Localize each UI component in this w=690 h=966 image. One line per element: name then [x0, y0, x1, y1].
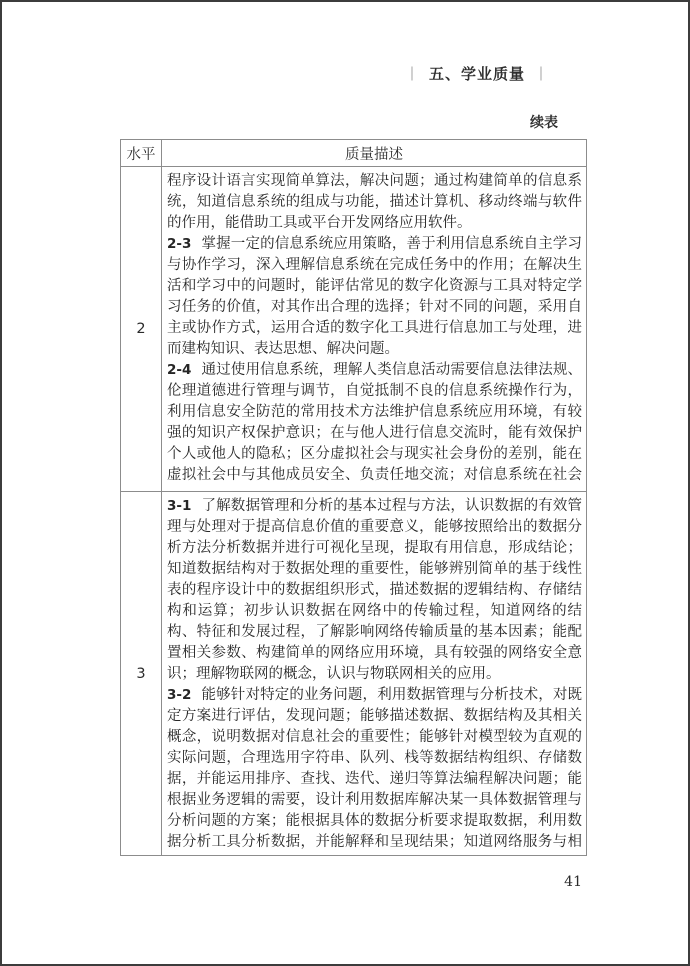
- header-bar-right: ｜: [534, 67, 549, 83]
- paragraph-text: 程序设计语言实现简单算法，解决问题；通过构建简单的信息系统，知道信息系统的组成与…: [167, 173, 582, 231]
- column-header-description: 质量描述: [162, 140, 587, 167]
- level-cell: 2: [121, 167, 162, 492]
- paragraph-text: 了解数据管理和分析的基本过程与方法，认识数据的有效管理与处理对于提高信息价值的重…: [167, 498, 582, 682]
- paragraph: 3-1了解数据管理和分析的基本过程与方法，认识数据的有效管理与处理对于提高信息价…: [167, 496, 582, 685]
- description-content: 3-1了解数据管理和分析的基本过程与方法，认识数据的有效管理与处理对于提高信息价…: [167, 496, 582, 851]
- continued-table-label: 续表: [530, 112, 558, 132]
- paragraph-text: 掌握一定的信息系统应用策略，善于利用信息系统自主学习与协作学习，深入理解信息系统…: [167, 236, 582, 357]
- paragraph-text: 通过使用信息系统，理解人类信息活动需要信息法律法规、伦理道德进行管理与调节，自觉…: [167, 362, 582, 487]
- level-cell: 3: [121, 492, 162, 856]
- paragraph: 2-3掌握一定的信息系统应用策略，善于利用信息系统自主学习与协作学习，深入理解信…: [167, 234, 582, 360]
- table-row: 3 3-1了解数据管理和分析的基本过程与方法，认识数据的有效管理与处理对于提高信…: [121, 492, 587, 856]
- paragraph-label: 2-4: [167, 362, 191, 378]
- header-bar-left: ｜: [405, 67, 420, 83]
- paragraph-text: 能够针对特定的业务问题，利用数据管理与分析技术，对既定方案进行评估，发现问题；能…: [167, 687, 582, 851]
- page-number: 41: [564, 874, 582, 890]
- column-header-level: 水平: [121, 140, 162, 167]
- paragraph: 2-4通过使用信息系统，理解人类信息活动需要信息法律法规、伦理道德进行管理与调节…: [167, 360, 582, 487]
- quality-table: 水平 质量描述 2 程序设计语言实现简单算法，解决问题；通过构建简单的信息系统，…: [120, 139, 587, 856]
- paragraph: 程序设计语言实现简单算法，解决问题；通过构建简单的信息系统，知道信息系统的组成与…: [167, 171, 582, 234]
- paragraph: 3-2能够针对特定的业务问题，利用数据管理与分析技术，对既定方案进行评估，发现问…: [167, 685, 582, 851]
- description-content: 程序设计语言实现简单算法，解决问题；通过构建简单的信息系统，知道信息系统的组成与…: [167, 171, 582, 487]
- document-page: ｜五、学业质量｜ 续表 水平 质量描述 2 程序设计语言实现简单算法，解决问题；…: [0, 0, 690, 966]
- description-cell: 3-1了解数据管理和分析的基本过程与方法，认识数据的有效管理与处理对于提高信息价…: [162, 492, 587, 856]
- table-header-row: 水平 质量描述: [121, 140, 587, 167]
- running-header: ｜五、学业质量｜: [396, 63, 558, 84]
- table-row: 2 程序设计语言实现简单算法，解决问题；通过构建简单的信息系统，知道信息系统的组…: [121, 167, 587, 492]
- paragraph-label: 3-2: [167, 687, 191, 703]
- paragraph-label: 2-3: [167, 236, 191, 252]
- page-header-title: 五、学业质量: [429, 65, 525, 83]
- paragraph-label: 3-1: [167, 498, 191, 514]
- description-cell: 程序设计语言实现简单算法，解决问题；通过构建简单的信息系统，知道信息系统的组成与…: [162, 167, 587, 492]
